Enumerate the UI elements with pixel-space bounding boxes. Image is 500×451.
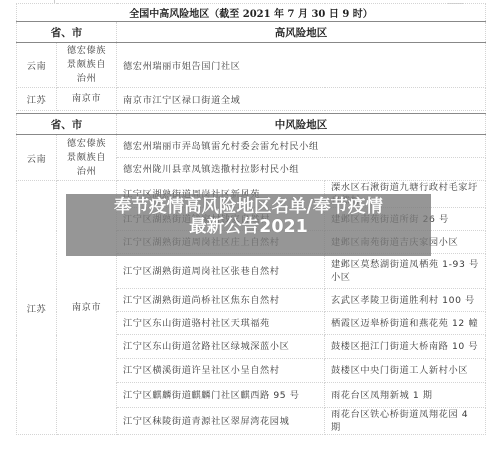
area-cell-right: 玄武区孝陵卫街道胜利村 100 号 bbox=[325, 289, 486, 312]
area-cell-left: 江宁区东山街道岔路社区绿城深蓝小区 bbox=[117, 335, 325, 359]
area-cell: 德宏州瑞丽市姐告国门社区 bbox=[117, 43, 486, 88]
area-cell-left: 江宁区湖熟街道周岗社区张巷自然村 bbox=[117, 254, 325, 289]
area-cell-left: 江宁区秣陵街道青源社区翠屏湾花园城 bbox=[117, 408, 325, 435]
high-risk-header-row: 省、市 高风险地区 bbox=[17, 22, 486, 43]
area-cell-right: 建邺区莫愁湖街道凤栖苑 1-93 号小区 bbox=[325, 254, 486, 289]
city-cell: 德宏傣族景颇族自治州 bbox=[57, 135, 117, 181]
area-cell: 德宏州瑞丽市弄岛镇雷允村委会雷允村民小组 bbox=[117, 135, 486, 158]
area-cell-right: 雨花台区凤翔新城 1 期 bbox=[325, 383, 486, 408]
overlay-title-line2: 最新公告2021 bbox=[66, 217, 431, 237]
header-province-city: 省、市 bbox=[17, 114, 117, 135]
area-cell-right: 鼓楼区挹江门街道大桥南路 10 号 bbox=[325, 335, 486, 359]
header-province-city: 省、市 bbox=[17, 22, 117, 43]
area-cell-left: 江宁区横溪街道许呈社区小呈自然村 bbox=[117, 359, 325, 383]
province-cell: 江苏 bbox=[17, 88, 57, 111]
table-row: 云南 德宏傣族景颇族自治州 德宏州瑞丽市弄岛镇雷允村委会雷允村民小组 bbox=[17, 135, 486, 158]
area-cell-right: 栖霞区迈皋桥街道和燕花苑 12 幢 bbox=[325, 312, 486, 335]
province-cell: 江苏 bbox=[17, 181, 57, 435]
province-cell: 云南 bbox=[17, 43, 57, 88]
overlay-title: 奉节疫情高风险地区名单/奉节疫情 最新公告2021 bbox=[66, 197, 431, 237]
article-title-overlay: 奉节疫情高风险地区名单/奉节疫情 最新公告2021 bbox=[66, 194, 431, 256]
table-row: 江苏 南京市 南京市江宁区禄口街道全域 bbox=[17, 88, 486, 111]
table-title: 全国中高风险地区（截至 2021 年 7 月 30 日 9 时） bbox=[17, 4, 486, 22]
province-cell: 云南 bbox=[17, 135, 57, 181]
area-cell-right: 鼓楼区中央门街道工人新村小区 bbox=[325, 359, 486, 383]
area-cell: 德宏州陇川县章凤镇迭撒村拉影村民小组 bbox=[117, 158, 486, 181]
area-cell-left: 江宁区东山街道骆村社区天琪福苑 bbox=[117, 312, 325, 335]
table-title-row: 全国中高风险地区（截至 2021 年 7 月 30 日 9 时） bbox=[17, 4, 486, 22]
city-cell: 南京市 bbox=[57, 88, 117, 111]
area-cell-right: 雨花台区铁心桥街道凤翔花园 4 期 bbox=[325, 408, 486, 435]
overlay-title-line1: 奉节疫情高风险地区名单/奉节疫情 bbox=[66, 197, 431, 217]
header-high-risk-area: 高风险地区 bbox=[117, 22, 486, 43]
area-cell-left: 江宁区湖熟街道尚桥社区焦东自然村 bbox=[117, 289, 325, 312]
header-medium-risk-area: 中风险地区 bbox=[117, 114, 486, 135]
area-cell: 南京市江宁区禄口街道全域 bbox=[117, 88, 486, 111]
medium-risk-header-row: 省、市 中风险地区 bbox=[17, 114, 486, 135]
area-cell-left: 江宁区麒麟街道麒麟门社区麒西路 95 号 bbox=[117, 383, 325, 408]
city-cell: 德宏傣族景颇族自治州 bbox=[57, 43, 117, 88]
table-row: 云南 德宏傣族景颇族自治州 德宏州瑞丽市姐告国门社区 bbox=[17, 43, 486, 88]
